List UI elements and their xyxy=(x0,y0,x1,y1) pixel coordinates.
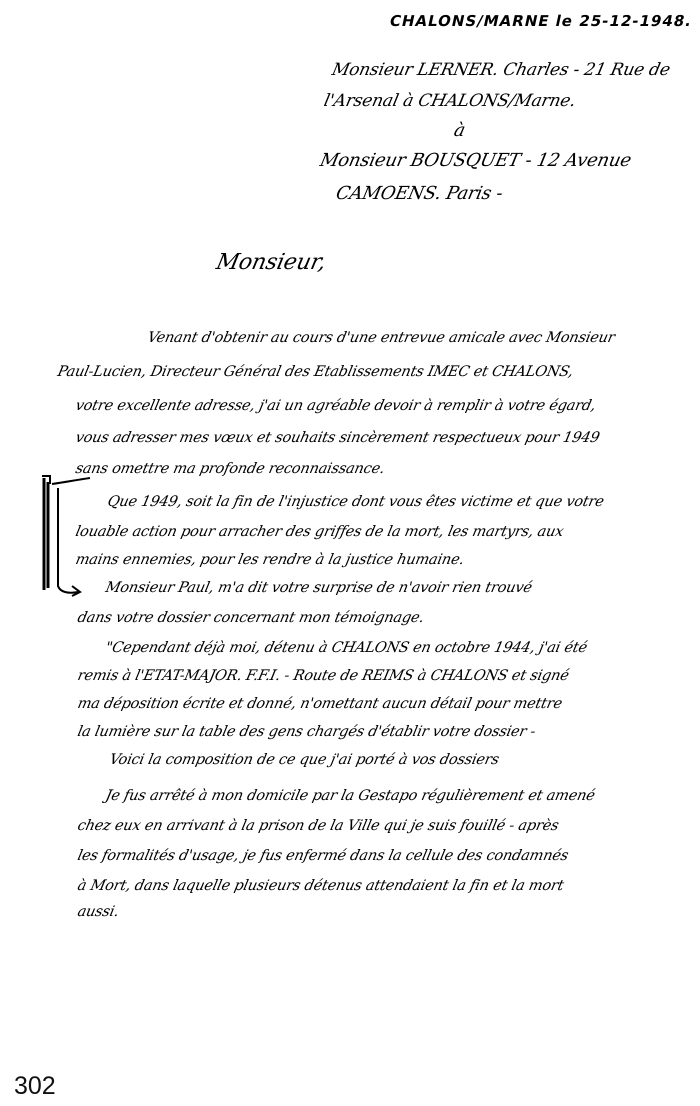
body-line: Je fus arrêté à mon domicile par la Gest… xyxy=(104,788,596,804)
salutation: Monsieur, xyxy=(214,250,328,275)
body-line: aussi. xyxy=(76,904,120,920)
body-line: ma déposition écrite et donné, n'omettan… xyxy=(76,696,564,712)
body-line: à Mort, dans laquelle plusieurs détenus … xyxy=(76,878,565,894)
place-date: CHALONS/MARNE le 25-12-1948. xyxy=(388,12,694,30)
body-line: sans omettre ma profonde reconnaissance. xyxy=(74,461,386,477)
body-line: Monsieur Paul, m'a dit votre surprise de… xyxy=(104,580,533,596)
body-line: louable action pour arracher des griffes… xyxy=(74,524,565,540)
sender-line-2: l'Arsenal à CHALONS/Marne. xyxy=(322,91,577,111)
to-word: à xyxy=(452,120,467,141)
body-line: la lumière sur la table des gens chargés… xyxy=(76,724,537,740)
body-line: Venant d'obtenir au cours d'une entrevue… xyxy=(146,330,616,346)
recipient-line-1: Monsieur BOUSQUET - 12 Avenue xyxy=(318,150,633,171)
body-line: Voici la composition de ce que j'ai port… xyxy=(108,752,500,768)
body-line: Paul-Lucien, Directeur Général des Etabl… xyxy=(56,364,575,380)
body-line: remis à l'ETAT-MAJOR. F.F.I. - Route de … xyxy=(76,668,570,684)
recipient-line-2: CAMOENS. Paris - xyxy=(334,183,505,204)
body-line: votre excellente adresse, j'ai un agréab… xyxy=(74,398,597,414)
sender-line-1: Monsieur LERNER. Charles - 21 Rue de xyxy=(330,60,672,80)
page-number: 302 xyxy=(14,1072,56,1101)
body-line: Que 1949, soit la fin de l'injustice don… xyxy=(106,494,605,510)
body-line: dans votre dossier concernant mon témoig… xyxy=(76,610,426,626)
body-line: mains ennemies, pour les rendre à la jus… xyxy=(74,552,466,568)
body-line: chez eux en arrivant à la prison de la V… xyxy=(76,818,560,834)
body-line: "Cependant déjà moi, détenu à CHALONS en… xyxy=(104,640,589,656)
body-line: les formalités d'usage, je fus enfermé d… xyxy=(76,848,570,864)
body-line: vous adresser mes vœux et souhaits sincè… xyxy=(74,430,601,446)
